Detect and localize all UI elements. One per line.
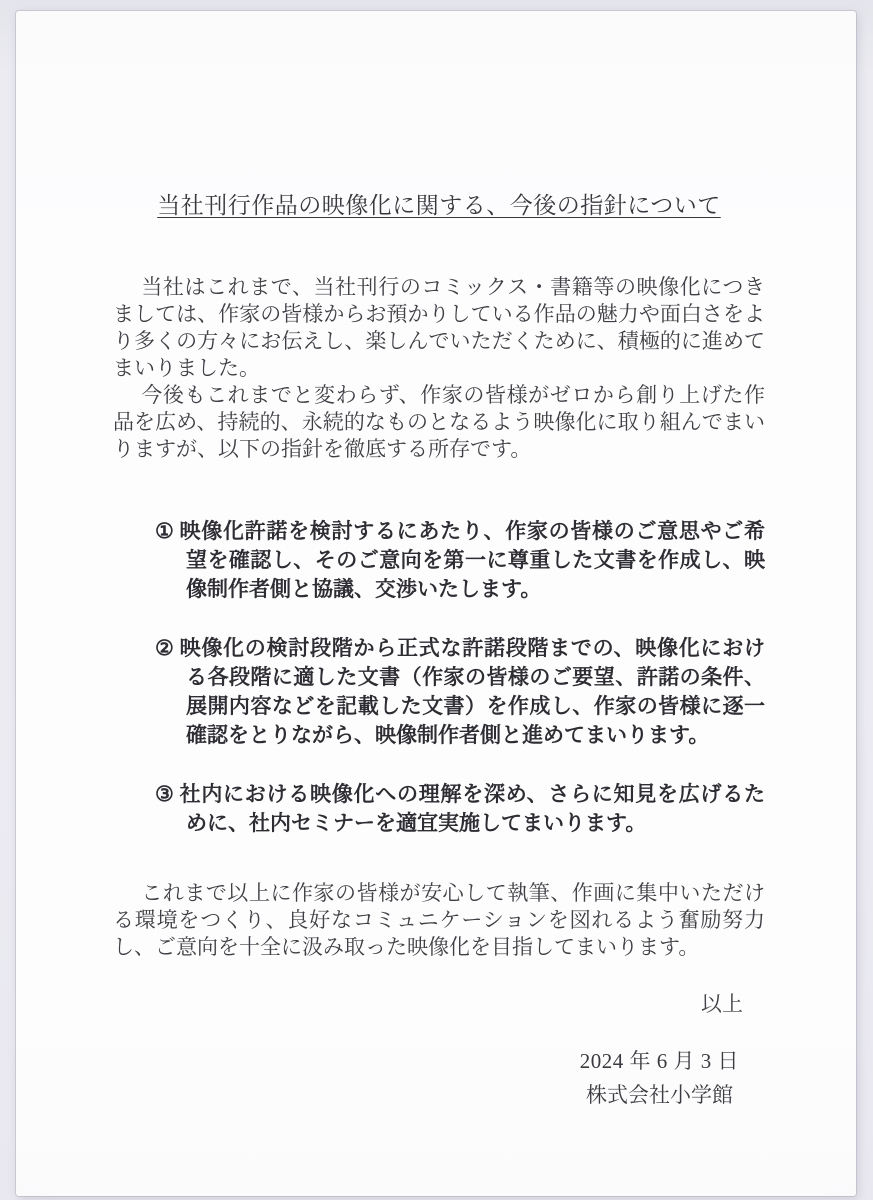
- intro-paragraph-1: 当社はこれまで、当社刊行のコミックス・書籍等の映像化につきましては、作家の皆様か…: [113, 274, 765, 382]
- signature-block: 2024 年 6 月 3 日 株式会社小学館: [113, 1044, 765, 1112]
- policy-item-3: ③社内における映像化への理解を深め、さらに知見を広げるために、社内セミナーを適宜…: [155, 780, 765, 838]
- policy-item-1-text: 映像化許諾を検討するにあたり、作家の皆様のご意思やご希望を確認し、そのご意向を第…: [180, 519, 765, 601]
- closing-paragraph: これまで以上に作家の皆様が安心して執筆、作画に集中いただける環境をつくり、良好な…: [113, 880, 765, 961]
- policy-item-1-number: ①: [155, 519, 180, 543]
- policy-item-3-text: 社内における映像化への理解を深め、さらに知見を広げるために、社内セミナーを適宜実…: [180, 782, 765, 835]
- document-title: 当社刊行作品の映像化に関する、今後の指針について: [113, 192, 765, 219]
- intro-paragraph-2: 今後もこれまでと変わらず、作家の皆様がゼロから創り上げた作品を広め、持続的、永続…: [113, 382, 765, 463]
- policy-item-list: ①映像化許諾を検討するにあたり、作家の皆様のご意思やご希望を確認し、そのご意向を…: [155, 517, 765, 838]
- policy-item-3-number: ③: [155, 782, 180, 806]
- document-page: 当社刊行作品の映像化に関する、今後の指針について 当社はこれまで、当社刊行のコミ…: [16, 11, 856, 1196]
- closing-word: 以上: [113, 991, 765, 1018]
- policy-item-2: ②映像化の検討段階から正式な許諾段階までの、映像化における各段階に適した文書（作…: [155, 634, 765, 750]
- document-content: 当社刊行作品の映像化に関する、今後の指針について 当社はこれまで、当社刊行のコミ…: [113, 11, 765, 1112]
- policy-item-2-number: ②: [155, 636, 180, 660]
- photo-background: { "document": { "title": "当社刊行作品の映像化に関する…: [0, 0, 873, 1200]
- company-name: 株式会社小学館: [113, 1078, 739, 1112]
- document-date: 2024 年 6 月 3 日: [113, 1044, 739, 1078]
- policy-item-1: ①映像化許諾を検討するにあたり、作家の皆様のご意思やご希望を確認し、そのご意向を…: [155, 517, 765, 604]
- policy-item-2-text: 映像化の検討段階から正式な許諾段階までの、映像化における各段階に適した文書（作家…: [180, 636, 765, 747]
